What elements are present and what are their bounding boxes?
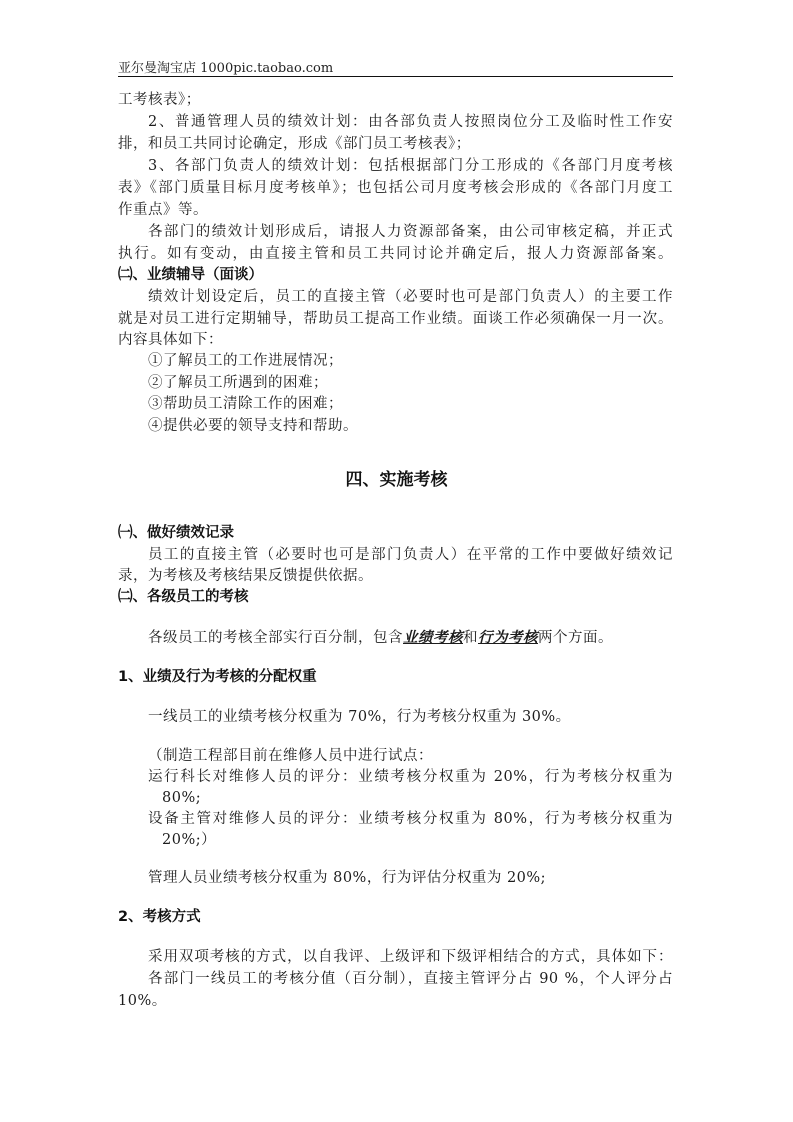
list-item: ②了解员工所遇到的困难；: [148, 373, 328, 393]
text-line: 设备主管对维修人员的评分：业绩考核分权重为 80%，行为考核分权重为: [148, 809, 673, 829]
list-item: ①了解员工的工作进展情况；: [148, 351, 343, 371]
text-line: 内容具体如下：: [118, 330, 223, 350]
text-line: 执行。如有变动，由直接主管和员工共同讨论并确定后，报人力资源部备案。: [118, 244, 673, 264]
list-item: ③帮助员工清除工作的困难；: [148, 394, 343, 414]
subheading-coaching: ㈡、业绩辅导（面谈）: [118, 265, 263, 285]
text-line: 80%;: [162, 788, 201, 808]
emphasis-performance: 业绩考核: [403, 630, 463, 646]
text-line: 3、各部门负责人的绩效计划：包括根据部门分工形成的《各部门月度考核: [148, 156, 673, 176]
text-line: 采用双项考核的方式，以自我评、上级评和下级评相结合的方式，具体如下：: [148, 947, 673, 967]
text-line: 2、普通管理人员的绩效计划：由各部负责人按照岗位分工及临时性工作安: [148, 112, 673, 132]
emphasis-behavior: 行为考核: [478, 630, 538, 646]
text-line: 运行科长对维修人员的评分：业绩考核分权重为 20%，行为考核分权重为: [148, 767, 673, 787]
text-line: 各级员工的考核全部实行百分制，包含业绩考核和行为考核两个方面。: [148, 628, 613, 648]
text-line: 就是对员工进行定期辅导，帮助员工提高工作业绩。面谈工作必须确保一月一次。: [118, 309, 673, 329]
text-line: 排，和员工共同讨论确定，形成《部门员工考核表》；: [118, 134, 471, 154]
text-line: 表》《部门质量目标月度考核单》；也包括公司月度考核会形成的《各部门月度工: [118, 178, 673, 198]
header-rule: [118, 76, 673, 77]
text-line: （制造工程部目前在维修人员中进行试点：: [148, 746, 433, 766]
subheading-weights: 1、业绩及行为考核的分配权重: [118, 667, 317, 687]
text-line: 录，为考核及考核结果反馈提供依据。: [118, 566, 373, 586]
text-line: 20%;）: [162, 830, 216, 850]
subheading-levels: ㈡、各级员工的考核: [118, 587, 249, 607]
list-item: ④提供必要的领导支持和帮助。: [148, 416, 358, 436]
text-line: 工考核表》；: [118, 90, 201, 110]
text-line: 各部门的绩效计划形成后，请报人力资源部备案，由公司审核定稿，并正式: [148, 222, 673, 242]
text-line: 员工的直接主管（必要时也可是部门负责人）在平常的工作中要做好绩效记: [148, 545, 673, 565]
text-line: 一线员工的业绩考核分权重为 70%，行为考核分权重为 30%。: [148, 707, 571, 727]
text-line: 管理人员业绩考核分权重为 80%，行为评估分权重为 20%;: [148, 868, 546, 888]
text-line: 作重点》等。: [118, 200, 208, 220]
subheading-method: 2、考核方式: [118, 907, 201, 927]
page-header: 亚尔曼淘宝店 1000pic.taobao.com: [118, 57, 333, 76]
text-line: 10%。: [118, 991, 167, 1011]
section-title: 四、实施考核: [0, 465, 793, 490]
text-line: 绩效计划设定后，员工的直接主管（必要时也可是部门负责人）的主要工作: [148, 287, 673, 307]
text-line: 各部门一线员工的考核分值（百分制），直接主管评分占 90 %，个人评分占: [148, 969, 673, 989]
subheading-records: ㈠、做好绩效记录: [118, 523, 234, 543]
